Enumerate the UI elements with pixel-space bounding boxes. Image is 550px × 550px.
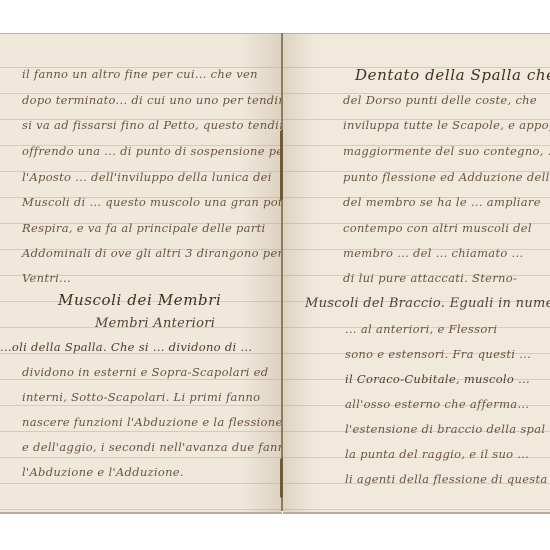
text-line: l'Abduzione e l'Adduzione. (22, 465, 184, 479)
text-line: interni, Sotto-Scapolari. Li primi fanno (22, 390, 260, 404)
text-line: il fanno un altro fine per cui... che ve… (22, 67, 258, 81)
section-subheading: Membri Anteriori (95, 316, 215, 331)
text-line: ... al anteriori, e Flessori (345, 322, 497, 336)
text-line: ...oli della Spalla. Che si ... dividono… (0, 340, 252, 354)
text-line: sono e estensori. Fra questi ... (345, 347, 531, 361)
text-line: del Dorso punti delle coste, che (343, 93, 537, 107)
text-line: contempo con altri muscoli del (343, 221, 532, 235)
right-page: Dentato della Spalla che quel del Dorso … (283, 33, 550, 514)
section-heading: Muscoli del Braccio. Eguali in numero (305, 296, 550, 311)
text-line: punto flessione ed Adduzione della spal (343, 170, 550, 184)
text-line: dopo terminato... di cui uno uno per ten… (22, 93, 282, 107)
text-line: offrendo una ... di punto di sospensione… (22, 144, 282, 158)
text-line: di lui pure attaccati. Sterno- (343, 271, 517, 285)
left-page: il fanno un altro fine per cui... che ve… (0, 33, 282, 514)
text-line: Ventri... (22, 271, 71, 285)
text-line: Muscoli di ... questo muscolo una gran p… (22, 195, 282, 209)
text-line: e dell'aggio, i secondi nell'avanza due … (22, 440, 282, 454)
text-line: del membro se ha le ... ampliare (343, 195, 541, 209)
text-line: li agenti della flessione di questa (345, 472, 548, 486)
section-heading: Muscoli dei Membri (58, 291, 221, 309)
text-line: maggiormente del suo contegno, ... al (343, 144, 550, 158)
text-line: dividono in esterni e Sopra-Scapolari ed (22, 365, 268, 379)
text-line: inviluppa tutte le Scapole, e appoggiato (343, 118, 550, 132)
text-line: nascere funzioni l'Abduzione e la flessi… (22, 415, 282, 429)
text-line: l'Aposto ... dell'inviluppo della lunica… (22, 170, 272, 184)
text-line: all'osso esterno che afferma... (345, 397, 529, 411)
text-line: membro ... del ... chiamato ... (343, 246, 523, 260)
section-heading: Dentato della Spalla che quel (355, 66, 550, 84)
text-line: Respira, e va fa al principale delle par… (22, 221, 266, 235)
text-line: si va ad fissarsi fino al Petto, questo … (22, 118, 282, 132)
text-line: la punta del raggio, e il suo ... (345, 447, 529, 461)
text-line: Addominali di ove gli altri 3 dirangono … (22, 246, 282, 260)
open-notebook: il fanno un altro fine per cui... che ve… (0, 33, 550, 513)
text-line: il Coraco-Cubitale, muscolo ... (345, 372, 530, 386)
text-line: l'estensione di braccio della spal (345, 422, 545, 436)
